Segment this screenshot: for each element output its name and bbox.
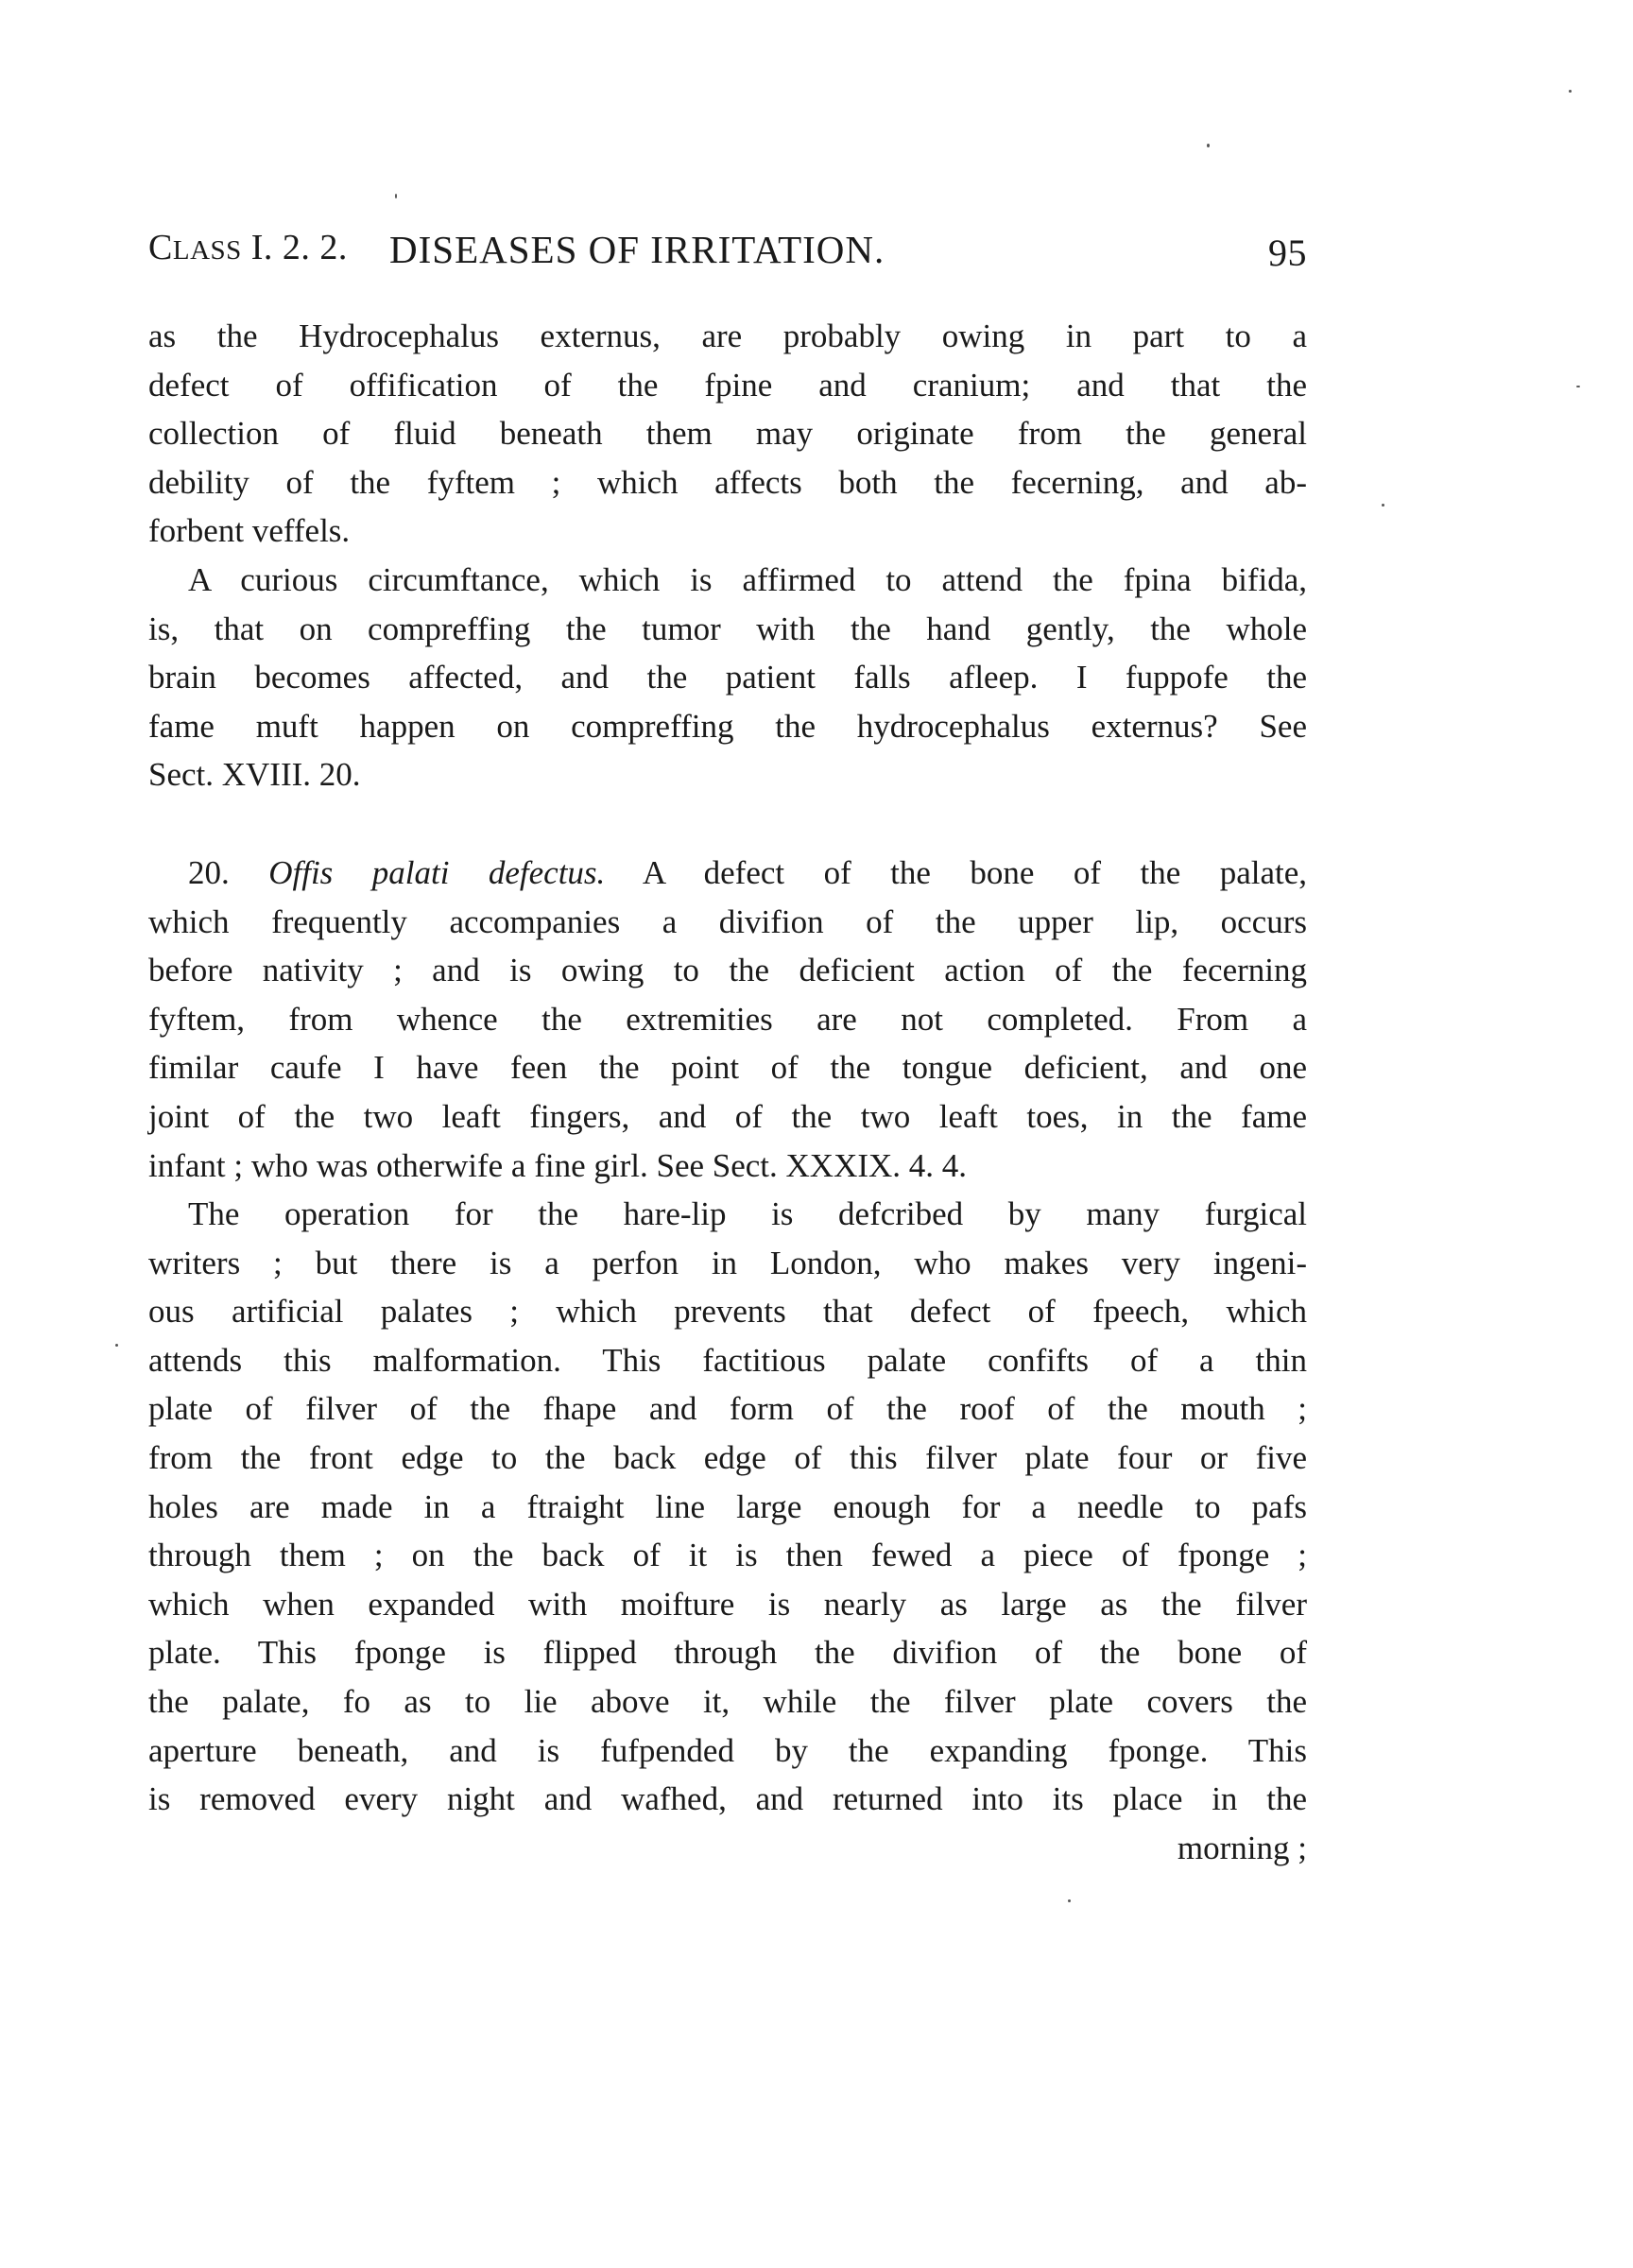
text-line: A curious circumftance, which is affirme… — [148, 556, 1307, 605]
section-heading-line: 20. Offis palati defectus. A defect of t… — [148, 849, 1307, 898]
paragraph-hare-lip: The operation for the hare-lip is defcri… — [148, 1190, 1307, 1824]
text-line: plate of filver of the fhape and form of… — [148, 1384, 1307, 1434]
class-section-number: I. 2. 2. — [242, 228, 348, 267]
text-line: fimilar caufe I have feen the point of t… — [148, 1043, 1307, 1092]
paragraph-spina-bifida: A curious circumftance, which is affirme… — [148, 556, 1307, 799]
page-body: as the Hydrocephalus externus, are proba… — [148, 312, 1307, 1872]
scan-speck — [1068, 1899, 1071, 1902]
text-line: infant ; who was otherwife a fine girl. … — [148, 1142, 1307, 1191]
text-line: brain becomes affected, and the patient … — [148, 653, 1307, 702]
text-line: which when expanded with moifture is nea… — [148, 1580, 1307, 1629]
text-line: is removed every night and wafhed, and r… — [148, 1775, 1307, 1824]
heading-line-text: A defect of the bone of the palate, — [643, 854, 1307, 891]
text-line: defect of offification of the fpine and … — [148, 361, 1307, 410]
scan-speck — [1576, 386, 1580, 387]
text-line: debility of the fyftem ; which affects b… — [148, 458, 1307, 507]
running-header: CLASS I. 2. 2. DISEASES OF IRRITATION. 9… — [148, 227, 1307, 283]
section-number: 20. — [188, 854, 230, 891]
scan-speck — [1382, 504, 1384, 507]
scan-speck — [115, 1344, 118, 1347]
text-line: fame muft happen on compreffing the hydr… — [148, 702, 1307, 751]
text-line: writers ; but there is a perfon in Londo… — [148, 1239, 1307, 1288]
running-head-title: DISEASES OF IRRITATION. — [389, 227, 885, 272]
scan-speck — [1569, 90, 1572, 93]
text-line: plate. This fponge is flipped through th… — [148, 1628, 1307, 1677]
text-line: collection of fluid beneath them may ori… — [148, 409, 1307, 458]
text-line: aperture beneath, and is fufpended by th… — [148, 1727, 1307, 1776]
text-line: is, that on compreffing the tumor with t… — [148, 605, 1307, 654]
page-number: 95 — [1268, 231, 1307, 275]
paragraph-continuation: as the Hydrocephalus externus, are proba… — [148, 312, 1307, 556]
scan-speck — [395, 194, 397, 198]
text-line: joint of the two leaft fingers, and of t… — [148, 1092, 1307, 1142]
running-head-class: CLASS I. 2. 2. — [148, 227, 348, 268]
class-smallcaps: LASS — [173, 235, 242, 266]
text-line: Sect. XVIII. 20. — [148, 750, 1307, 799]
text-line: as the Hydrocephalus externus, are proba… — [148, 312, 1307, 361]
text-line: ous artificial palates ; which prevents … — [148, 1287, 1307, 1336]
text-line: which frequently accompanies a divifion … — [148, 898, 1307, 947]
scan-speck — [1207, 144, 1210, 147]
text-line: before nativity ; and is owing to the de… — [148, 946, 1307, 995]
text-line: the palate, fo as to lie above it, while… — [148, 1677, 1307, 1727]
text-line: from the front edge to the back edge of … — [148, 1434, 1307, 1483]
class-initial: C — [148, 228, 173, 267]
text-line: fyftem, from whence the extremities are … — [148, 995, 1307, 1044]
text-line: holes are made in a ftraight line large … — [148, 1483, 1307, 1532]
text-line: forbent veffels. — [148, 507, 1307, 556]
section-latin-title: Offis palati defectus. — [268, 854, 605, 891]
section-gap — [148, 799, 1307, 849]
paragraph-offis-palati: 20. Offis palati defectus. A defect of t… — [148, 849, 1307, 1190]
text-line: The operation for the hare-lip is defcri… — [148, 1190, 1307, 1239]
text-line: attends this malformation. This factitio… — [148, 1336, 1307, 1385]
catchword: morning ; — [148, 1824, 1307, 1873]
text-line: through them ; on the back of it is then… — [148, 1531, 1307, 1580]
